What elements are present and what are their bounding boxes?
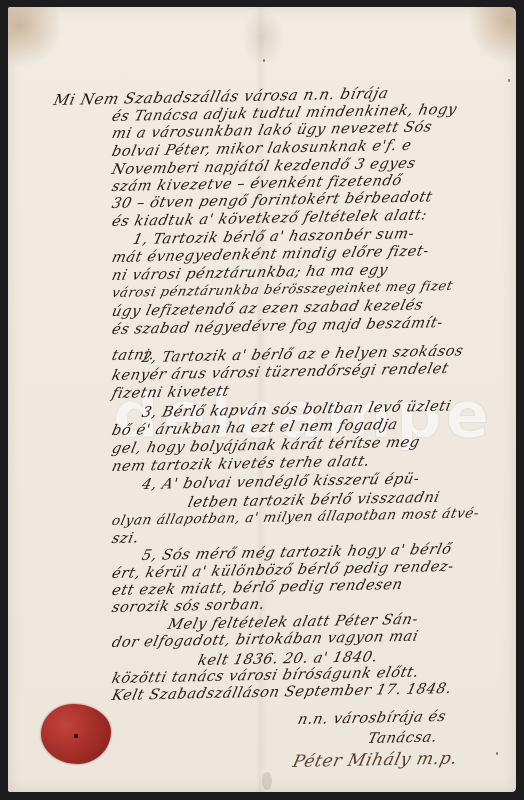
closing-line: Tanácsa. bbox=[366, 730, 439, 747]
scanned-document: delcampe Mi Nem Szabadszállás városa n.n… bbox=[0, 0, 524, 800]
fold-mark bbox=[262, 772, 272, 790]
manuscript-line: olyan állapotban, a' milyen állapotban m… bbox=[110, 505, 481, 529]
ink-fleck bbox=[263, 59, 265, 62]
paper-sheet: delcampe Mi Nem Szabadszállás városa n.n… bbox=[8, 7, 516, 792]
ink-fleck bbox=[496, 752, 498, 755]
manuscript-line: 4, A' bolvai vendéglő kisszerű épü- bbox=[140, 471, 421, 493]
wax-seal bbox=[41, 704, 111, 764]
signature: Péter Mihály m.p. bbox=[291, 749, 460, 772]
manuscript-line: sorozik sós sorban. bbox=[110, 597, 267, 616]
seal-hole bbox=[74, 734, 78, 738]
manuscript-line: dor elfogadott, birtokában vagyon mai bbox=[110, 629, 420, 651]
ink-fleck bbox=[508, 79, 510, 82]
manuscript-line: 3, Bérlő kapván sós boltban levő üzleti bbox=[140, 399, 453, 421]
manuscript-line: fizetni kivetett bbox=[110, 384, 231, 402]
manuscript-line: nem tartozik kivetés terhe alatt. bbox=[110, 454, 371, 475]
manuscript-line: szi. bbox=[110, 530, 141, 547]
closing-line: n.n. városbírája és bbox=[296, 709, 448, 728]
